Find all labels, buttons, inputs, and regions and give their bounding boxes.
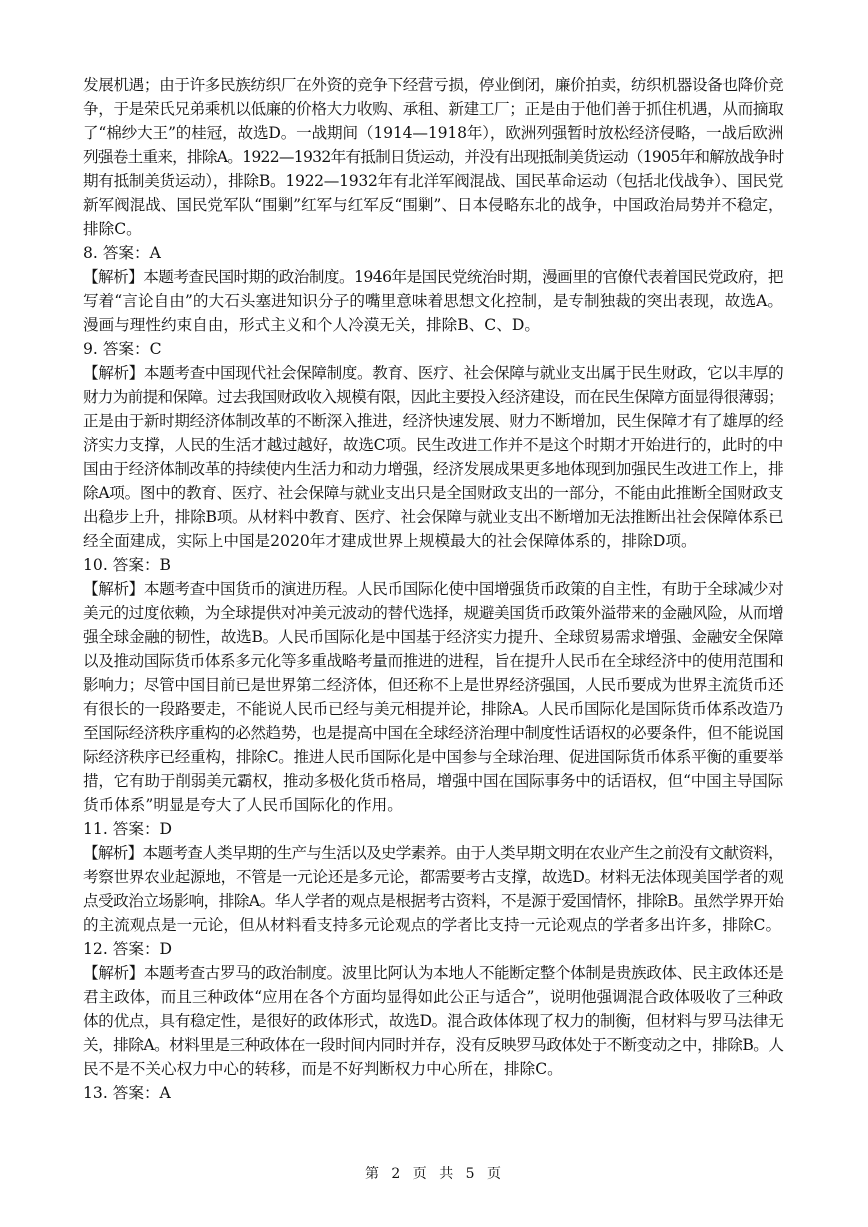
text-line: 漫画与理性约束自由，形式主义和个人冷漠无关，排除B、C、D。 xyxy=(83,313,783,337)
text-line: 正是由于新时期经济体制改革的不断深入推进，经济快速发展、财力不断增加，民生保障才… xyxy=(83,409,783,433)
page-footer: 第 2 页 共 5 页 xyxy=(0,1163,868,1183)
answer-line: 9. 答案：C xyxy=(83,337,783,361)
text-line: 货币体系”明显是夸大了人民币国际化的作用。 xyxy=(83,793,783,817)
text-line: 发展机遇；由于许多民族纺织厂在外资的竞争下经营亏损，停业倒闭，廉价拍卖，纺织机器… xyxy=(83,73,783,97)
text-line: 点受政治立场影响，排除A。华人学者的观点是根据考古资料，不是源于爱国情怀，排除B… xyxy=(83,889,783,913)
text-line: 君主政体，而且三种政体“应用在各个方面均显得如此公正与适合”，说明他强调混合政体… xyxy=(83,985,783,1009)
text-line: 新军阀混战、国民党军队“围剿”红军与红军反“围剿”、日本侵略东北的战争，中国政治… xyxy=(83,193,783,217)
text-line: 体的优点，具有稳定性，是很好的政体形式，故选D。混合政体体现了权力的制衡，但材料… xyxy=(83,1009,783,1033)
text-line: 出稳步上升，排除B项。从材料中教育、医疗、社会保障与就业支出不断增加无法推断出社… xyxy=(83,505,783,529)
text-line: 写着“言论自由”的大石头塞进知识分子的嘴里意味着思想文化控制，是专制独裁的突出表… xyxy=(83,289,783,313)
text-line: 考察世界农业起源地，不管是一元论还是多元论，都需要考古支撑，故选D。材料无法体现… xyxy=(83,865,783,889)
document-body: 发展机遇；由于许多民族纺织厂在外资的竞争下经营亏损，停业倒闭，廉价拍卖，纺织机器… xyxy=(83,73,783,1105)
answer-line: 10. 答案：B xyxy=(83,553,783,577)
text-line: 争，于是荣氏兄弟乘机以低廉的价格大力收购、承租、新建工厂；正是由于他们善于抓住机… xyxy=(83,97,783,121)
text-line: 排除C。 xyxy=(83,217,783,241)
text-line: 【解析】本题考查中国现代社会保障制度。教育、医疗、社会保障与就业支出属于民生财政… xyxy=(83,361,783,385)
answer-line: 12. 答案：D xyxy=(83,937,783,961)
answer-line: 8. 答案：A xyxy=(83,241,783,265)
text-line: 以及推动国际货币体系多元化等多重战略考量而推进的进程，旨在提升人民币在全球经济中… xyxy=(83,649,783,673)
text-line: 美元的过度依赖，为全球提供对冲美元波动的替代选择，规避美国货币政策外溢带来的金融… xyxy=(83,601,783,625)
text-line: 民不是不关心权力中心的转移，而是不好判断权力中心所在，排除C。 xyxy=(83,1057,783,1081)
text-line: 财力为前提和保障。过去我国财政收入规模有限，因此主要投入经济建设，而在民生保障方… xyxy=(83,385,783,409)
text-line: 除A项。图中的教育、医疗、社会保障与就业支出只是全国财政支出的一部分，不能由此推… xyxy=(83,481,783,505)
answer-line: 13. 答案：A xyxy=(83,1081,783,1105)
text-line: 【解析】本题考查民国时期的政治制度。1946年是国民党统治时期，漫画里的官僚代表… xyxy=(83,265,783,289)
text-line: 强全球金融的韧性，故选B。人民币国际化是中国基于经济实力提升、全球贸易需求增强、… xyxy=(83,625,783,649)
text-line: 了“棉纱大王”的桂冠，故选D。一战期间（1914—1918年），欧洲列强暂时放松… xyxy=(83,121,783,145)
text-line: 的主流观点是一元论，但从材料看支持多元论观点的学者比支持一元论观点的学者多出许多… xyxy=(83,913,783,937)
answer-line: 11. 答案：D xyxy=(83,817,783,841)
text-line: 措，它有助于削弱美元霸权，推动多极化货币格局，增强中国在国际事务中的话语权，但“… xyxy=(83,769,783,793)
text-line: 有很长的一段路要走，不能说人民币已经与美元相提并论，排除A。人民币国际化是国际货… xyxy=(83,697,783,721)
text-line: 至国际经济秩序重构的必然趋势，也是提高中国在全球经济治理中制度性话语权的必要条件… xyxy=(83,721,783,745)
text-line: 【解析】本题考查古罗马的政治制度。波里比阿认为本地人不能断定整个体制是贵族政体、… xyxy=(83,961,783,985)
text-line: 期有抵制美货运动），排除B。1922—1932年有北洋军阀混战、国民革命运动（包… xyxy=(83,169,783,193)
text-line: 关，排除A。材料里是三种政体在一段时间内同时并存，没有反映罗马政体处于不断变动之… xyxy=(83,1033,783,1057)
text-line: 影响力；尽管中国目前已是世界第二经济体，但还称不上是世界经济强国，人民币要成为世… xyxy=(83,673,783,697)
text-line: 经全面建成，实际上中国是2020年才建成世界上规模最大的社会保障体系的，排除D项… xyxy=(83,529,783,553)
text-line: 【解析】本题考查中国货币的演进历程。人民币国际化使中国增强货币政策的自主性，有助… xyxy=(83,577,783,601)
text-line: 国由于经济体制改革的持续使内生活力和动力增强，经济发展成果更多地体现到加强民生改… xyxy=(83,457,783,481)
text-line: 【解析】本题考查人类早期的生产与生活以及史学素养。由于人类早期文明在农业产生之前… xyxy=(83,841,783,865)
text-line: 济实力支撑，人民的生活才越过越好，故选C项。民生改进工作并不是这个时期才开始进行… xyxy=(83,433,783,457)
text-line: 列强卷土重来，排除A。1922—1932年有抵制日货运动，并没有出现抵制美货运动… xyxy=(83,145,783,169)
text-line: 际经济秩序已经重构，排除C。推进人民币国际化是中国参与全球治理、促进国际货币体系… xyxy=(83,745,783,769)
